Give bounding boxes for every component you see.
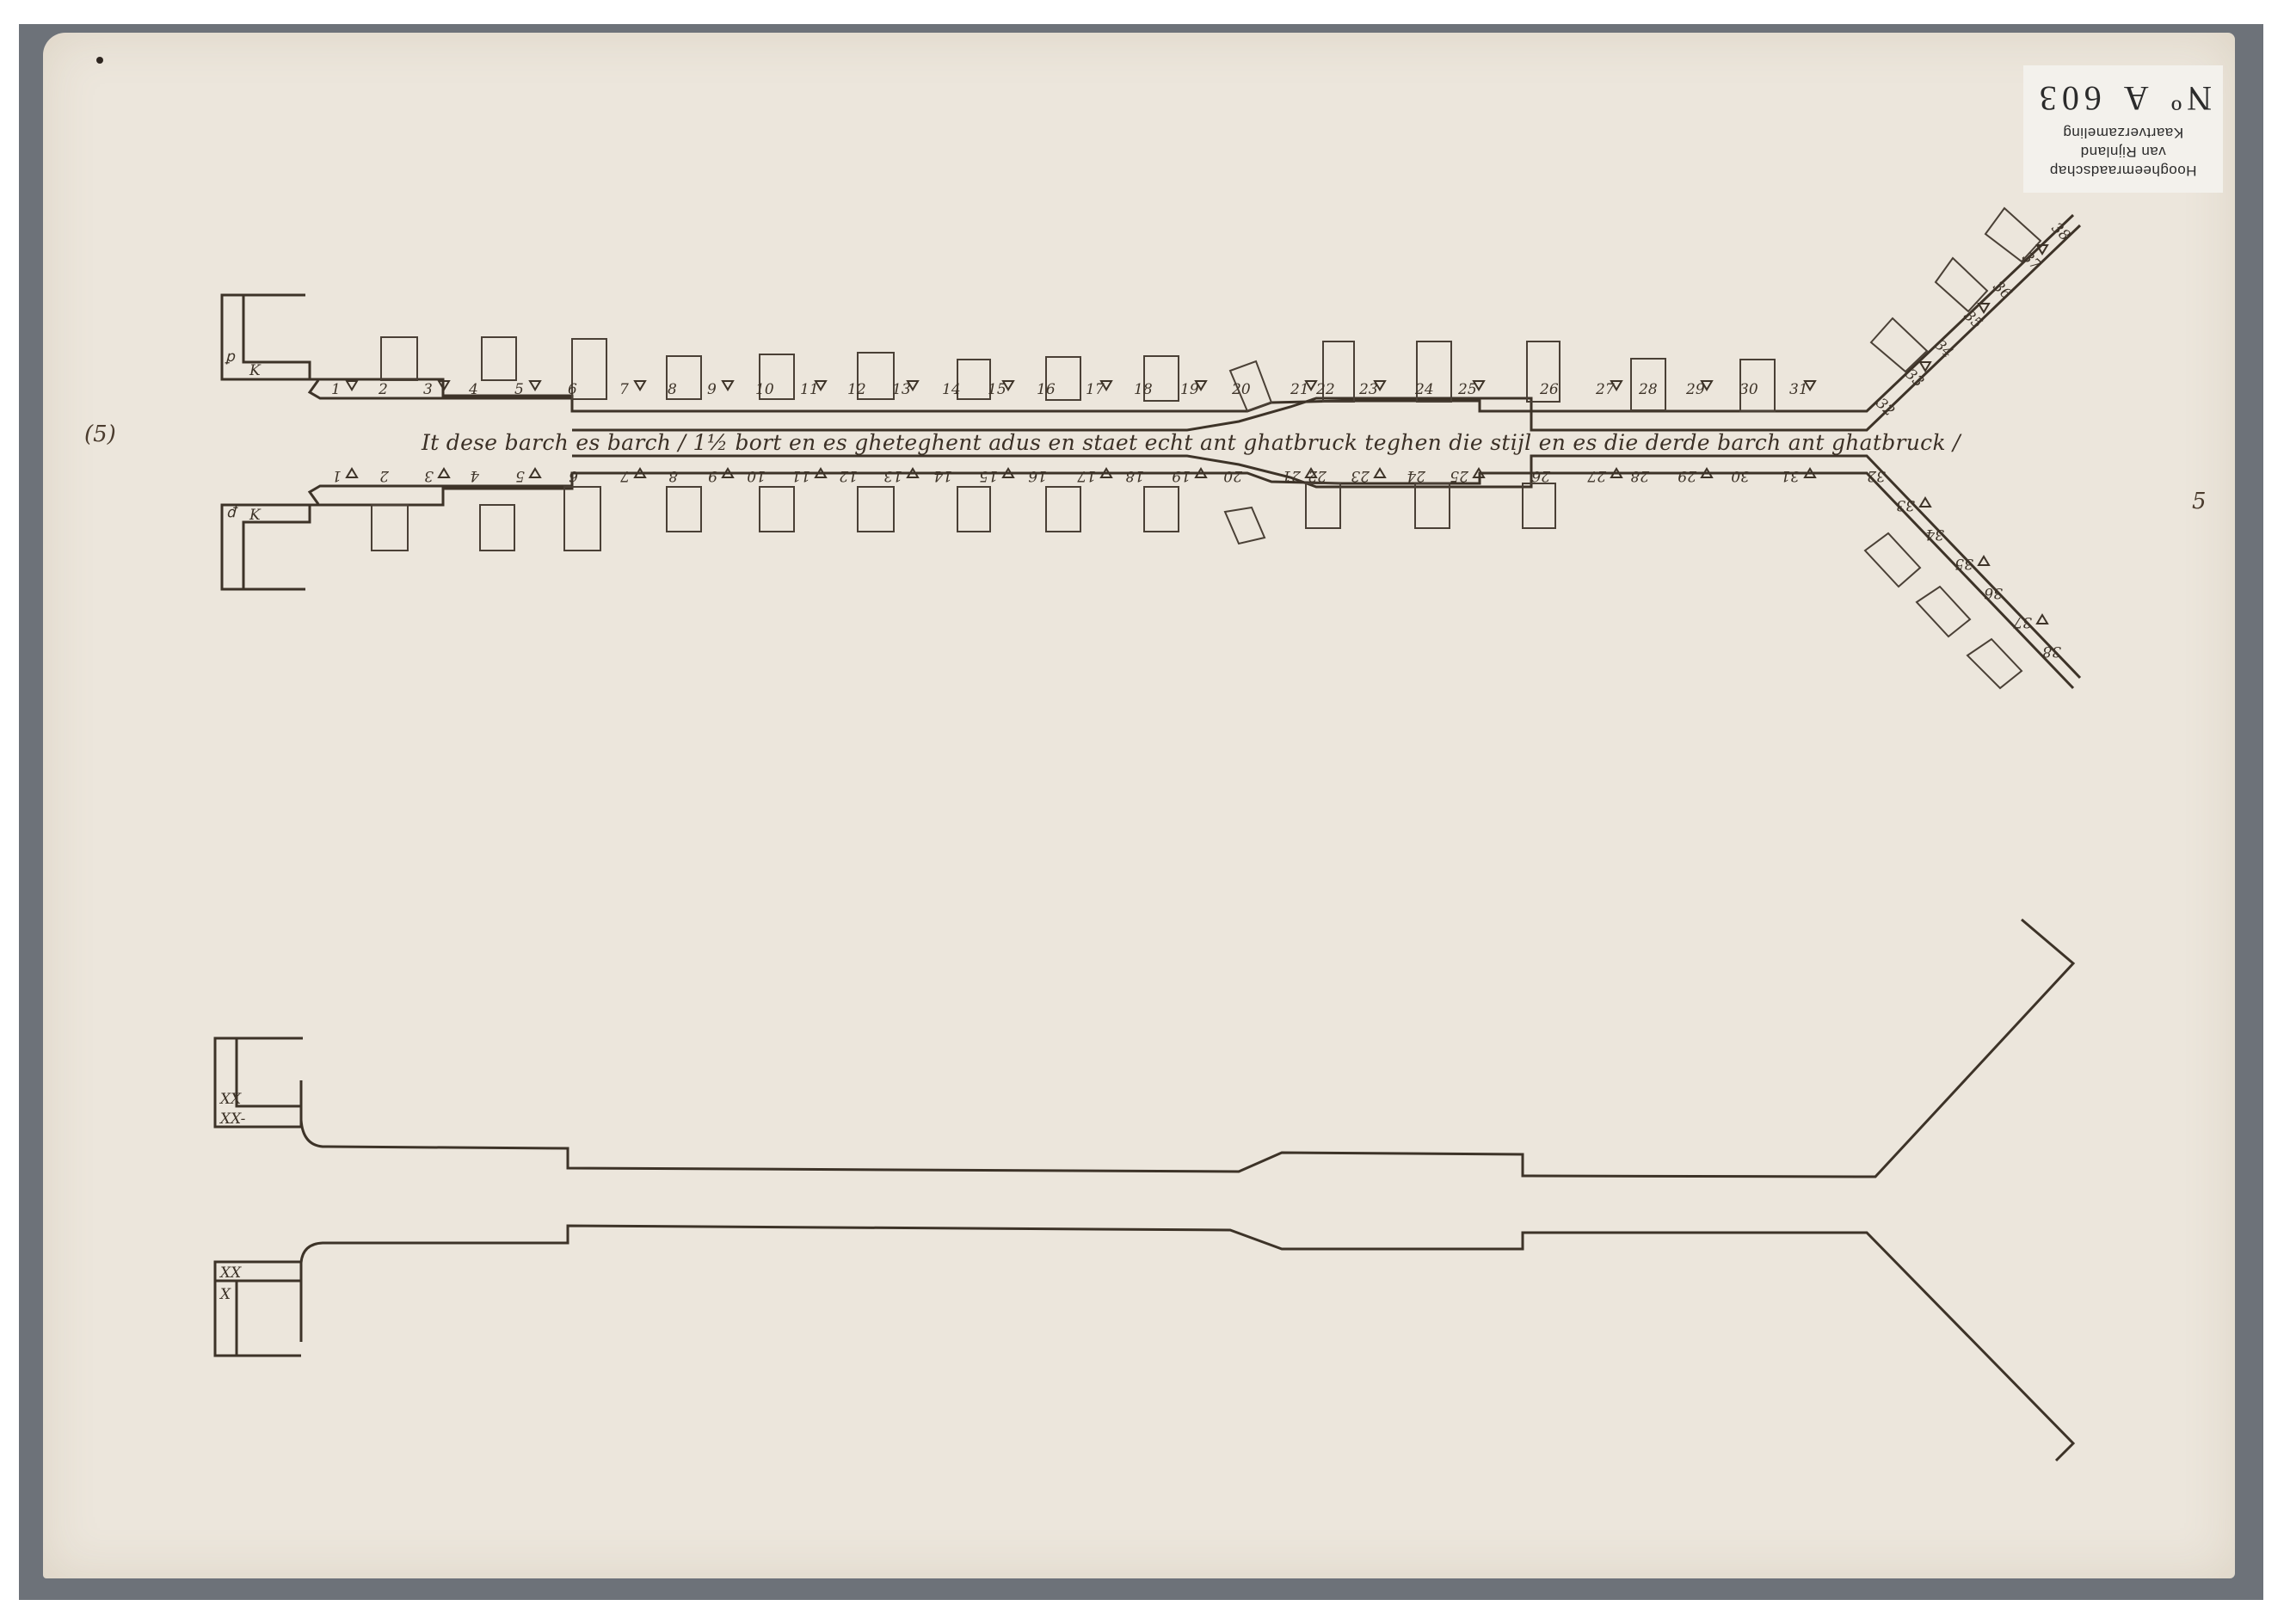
cell-number: 1 xyxy=(331,381,341,398)
svg-text:ꝑ: ꝑ xyxy=(227,505,238,522)
cell-number: 29 xyxy=(1685,381,1705,398)
triangle-marker-icon xyxy=(723,381,733,390)
left-margin-mark: (5) xyxy=(84,421,116,447)
bottom-drawing: XX XX- XX X xyxy=(215,920,2073,1461)
svg-text:K: K xyxy=(249,507,262,524)
cell-number: 29 xyxy=(1677,467,1697,484)
triangle-marker-icon xyxy=(1979,304,1989,312)
lower-outer-blocks xyxy=(372,483,2022,688)
cell-number: 16 xyxy=(1028,467,1047,484)
cell-number: 16 xyxy=(1037,381,1056,398)
cell-number: 33 xyxy=(1902,366,1927,391)
cell-number: 6 xyxy=(568,381,577,398)
cell-number: 9 xyxy=(707,381,717,398)
svg-text:ꝑ: ꝑ xyxy=(225,348,236,366)
cell-number: 19 xyxy=(1180,381,1199,398)
cell-number: 17 xyxy=(1086,381,1105,398)
cell-number: 23 xyxy=(1351,467,1370,484)
triangle-marker-icon xyxy=(635,381,645,390)
cell-number: 32 xyxy=(1873,395,1898,420)
cell-number: 10 xyxy=(755,381,774,398)
cell-number: 30 xyxy=(1739,381,1758,398)
cell-number: 5 xyxy=(515,467,525,484)
cell-number: 4 xyxy=(470,467,480,484)
svg-text:X: X xyxy=(219,1286,231,1303)
cell-number: 2 xyxy=(379,467,390,484)
triangle-marker-icon xyxy=(439,469,449,477)
label-region: van Rijnland xyxy=(2080,144,2166,161)
cell-number: 14 xyxy=(942,381,961,398)
svg-text:XX: XX xyxy=(219,1264,242,1282)
cell-number: 14 xyxy=(933,467,952,484)
cell-number: 9 xyxy=(708,467,717,484)
cell-number: 21 xyxy=(1282,467,1302,484)
svg-text:XX-: XX- xyxy=(219,1110,246,1128)
svg-text:K: K xyxy=(249,362,262,379)
cell-number: 7 xyxy=(619,381,629,398)
cell-number: 28 xyxy=(1630,467,1650,484)
cell-number: 5 xyxy=(514,381,524,398)
triangle-marker-icon xyxy=(1375,469,1385,477)
cell-number: 38 xyxy=(2048,219,2074,245)
triangle-marker-icon xyxy=(530,469,540,477)
cell-number: 33 xyxy=(1896,496,1915,514)
cell-number: 3 xyxy=(423,381,433,398)
cell-number: 27 xyxy=(1587,467,1607,484)
cell-number: 20 xyxy=(1223,467,1243,484)
cell-number: 36 xyxy=(1984,584,2003,601)
cell-number: 38 xyxy=(2042,643,2061,660)
cell-number: 15 xyxy=(988,381,1006,398)
cell-number: 3 xyxy=(424,467,434,484)
cell-number: 37 xyxy=(2019,249,2045,274)
cell-number: 24 xyxy=(1407,467,1426,484)
cell-number: 18 xyxy=(1125,467,1144,484)
ink-dot xyxy=(96,57,103,64)
cell-number: 15 xyxy=(979,467,998,484)
cell-number: 30 xyxy=(1731,467,1750,484)
cell-number: 10 xyxy=(747,467,766,484)
cell-number: 31 xyxy=(1789,381,1808,398)
cell-number: 32 xyxy=(1867,467,1886,484)
cell-number: 25 xyxy=(1457,381,1477,398)
triangle-marker-icon xyxy=(530,381,540,390)
number-prefix: Nº xyxy=(2166,80,2212,119)
cell-number: 11 xyxy=(791,467,810,484)
cell-number: 27 xyxy=(1595,381,1615,398)
right-margin-mark: 5 xyxy=(2192,489,2207,514)
svg-text:XX: XX xyxy=(219,1091,242,1108)
cell-number: 12 xyxy=(839,467,858,484)
cell-number: 8 xyxy=(668,381,677,398)
cell-number: 37 xyxy=(2013,613,2032,631)
cell-number: 23 xyxy=(1358,381,1378,398)
cell-number: 36 xyxy=(1990,278,2016,304)
triangle-marker-icon xyxy=(2037,615,2047,624)
cell-number: 6 xyxy=(569,467,578,484)
cell-number: 20 xyxy=(1231,381,1251,398)
cell-number: 26 xyxy=(1539,381,1559,398)
cell-number: 24 xyxy=(1414,381,1434,398)
cell-number: 34 xyxy=(1925,526,1944,543)
label-collection: Kaartverzameling xyxy=(2063,125,2183,142)
archive-label: Hoogheemraadschap van Rijnland Kaartverz… xyxy=(2023,65,2223,193)
cell-number: 12 xyxy=(847,381,866,398)
triangle-marker-icon xyxy=(347,469,357,477)
catalog-number: 603 xyxy=(2035,80,2102,119)
map-drawing: 1234567891011121314151617181920212223242… xyxy=(0,0,2290,1624)
cell-number: 18 xyxy=(1134,381,1153,398)
cell-number: 22 xyxy=(1315,381,1335,398)
cell-number: 25 xyxy=(1450,467,1469,484)
cell-number: 1 xyxy=(332,467,342,484)
cell-number: 26 xyxy=(1531,467,1551,484)
triangle-marker-icon xyxy=(1979,557,1989,565)
cell-number: 2 xyxy=(378,381,388,398)
cell-number: 22 xyxy=(1308,467,1327,484)
cell-number: 4 xyxy=(468,381,478,398)
triangle-marker-icon xyxy=(347,381,357,390)
triangle-marker-icon xyxy=(1920,498,1930,507)
cell-number: 28 xyxy=(1638,381,1658,398)
cell-number: 34 xyxy=(1931,336,1956,361)
cell-number: 11 xyxy=(800,381,819,398)
cell-number: 7 xyxy=(620,467,630,484)
cell-number: 35 xyxy=(1961,307,1985,332)
series-letter: A xyxy=(2119,80,2149,119)
cell-number: 19 xyxy=(1172,467,1191,484)
cell-number: 21 xyxy=(1290,381,1309,398)
cell-number: 13 xyxy=(883,467,902,484)
label-institution: Hoogheemraadschap xyxy=(2049,163,2196,180)
cell-number: 31 xyxy=(1781,467,1800,484)
cell-number: 17 xyxy=(1077,467,1096,484)
cell-number: 13 xyxy=(892,381,911,398)
lower-cell-labels: 1234567891011121314151617181920212223242… xyxy=(332,467,2061,660)
label-catalog-number: NºA603 xyxy=(2026,79,2220,120)
upper-cell-labels: 1234567891011121314151617181920212223242… xyxy=(331,219,2073,420)
handwritten-inscription: It dese barch es barch / 1½ bort en es g… xyxy=(422,430,2228,455)
cell-number: 35 xyxy=(1955,555,1973,572)
cell-number: 8 xyxy=(668,467,678,484)
